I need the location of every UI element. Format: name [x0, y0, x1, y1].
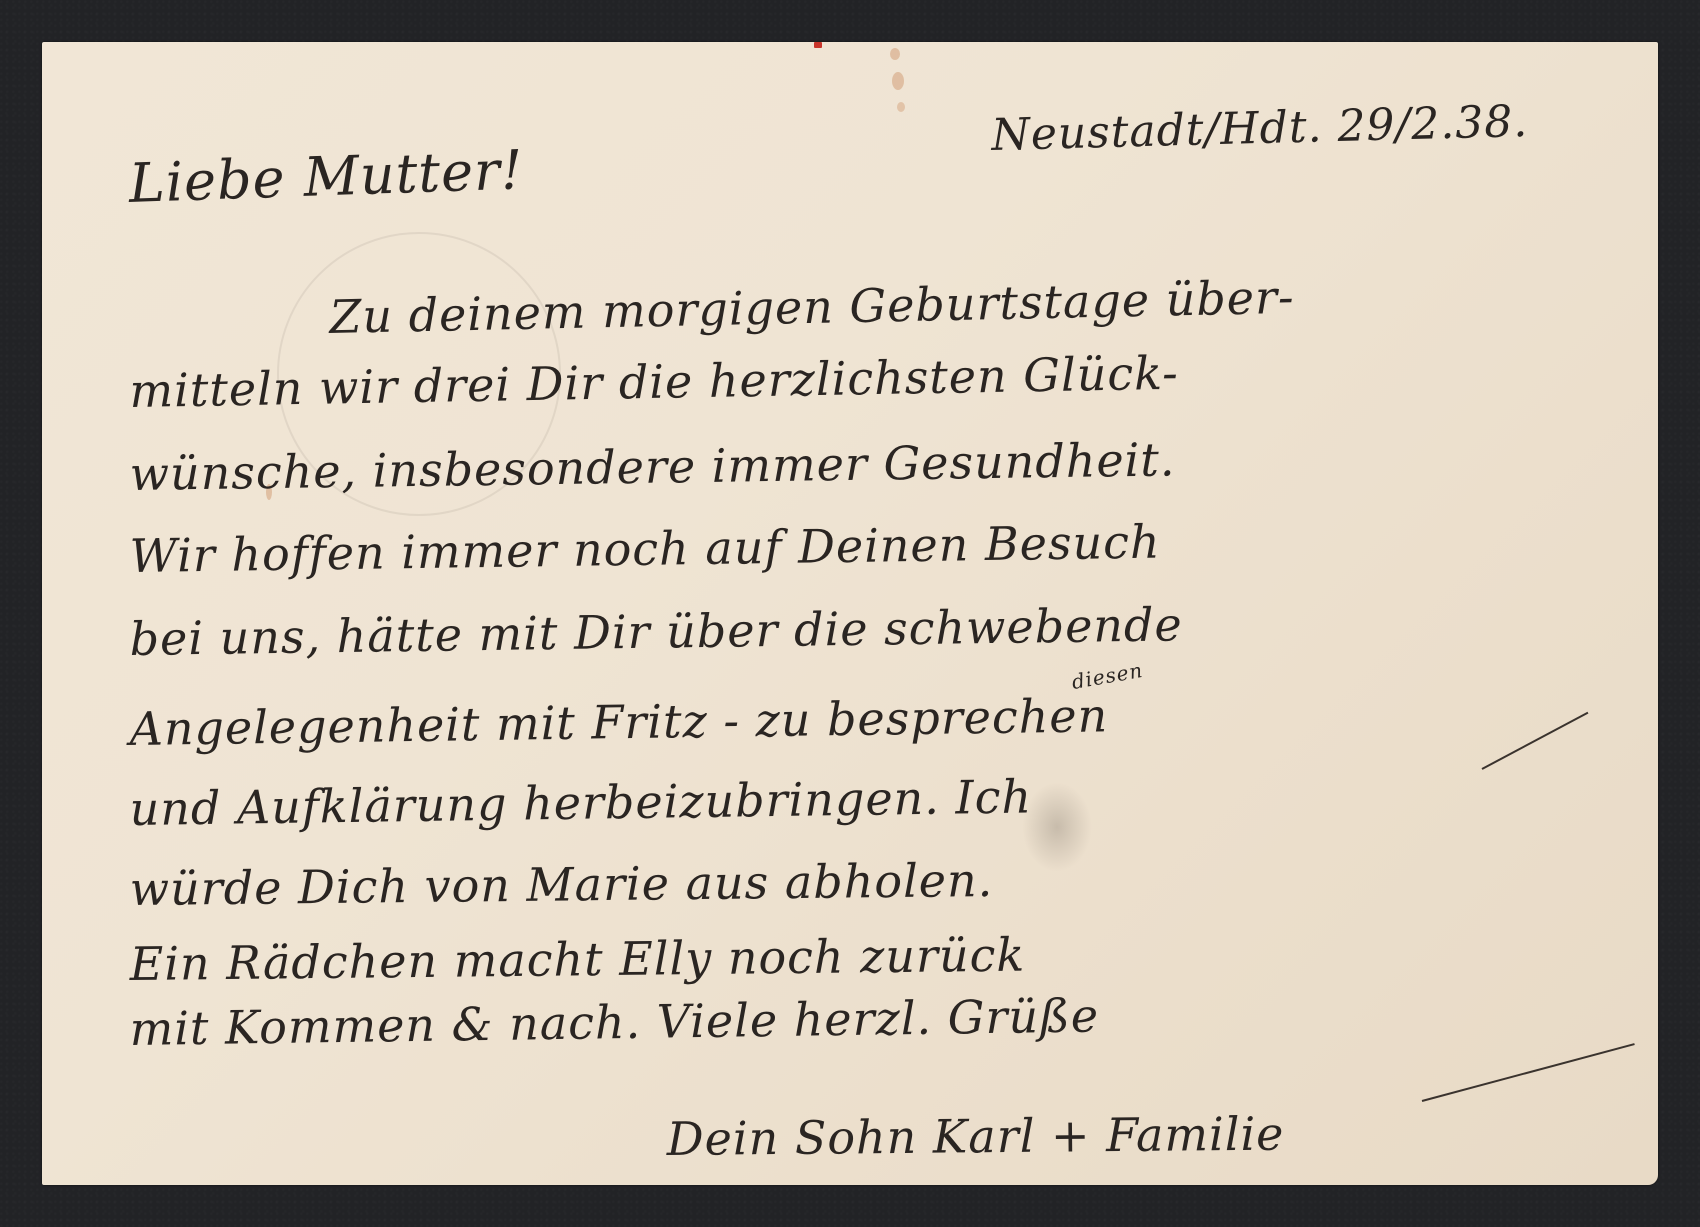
rust-stain: [892, 72, 904, 90]
salutation: Liebe Mutter!: [128, 138, 525, 215]
rust-stain: [890, 48, 900, 60]
red-ink-mark: [814, 42, 822, 48]
ink-smudge: [1022, 782, 1092, 872]
body-line-4: Wir hoffen immer noch auf Deinen Besuch: [129, 515, 1161, 583]
pen-stroke: [1482, 712, 1589, 770]
body-line-10: mit Kommen & nach. Viele herzl. Grüße: [129, 988, 1099, 1056]
body-line-5: bei uns, hätte mit Dir über die schweben…: [129, 597, 1183, 666]
body-line-3: wünsche, insbesondere immer Gesundheit.: [129, 432, 1176, 501]
body-line-6: Angelegenheit mit Fritz - zu besprechen: [129, 688, 1108, 756]
rust-stain: [897, 102, 905, 112]
body-line-7: und Aufklärung herbeizubringen. Ich: [129, 769, 1032, 836]
pen-stroke: [1422, 1043, 1635, 1102]
postcard: Neustadt/Hdt. 29/2.38. Liebe Mutter! Zu …: [42, 42, 1658, 1185]
closing-signature: Dein Sohn Karl + Familie: [667, 1107, 1285, 1166]
body-line-9: Ein Rädchen macht Elly noch zurück: [129, 928, 1025, 991]
body-line-8: würde Dich von Marie aus abholen.: [129, 853, 993, 916]
place-and-date: Neustadt/Hdt. 29/2.38.: [991, 96, 1529, 161]
